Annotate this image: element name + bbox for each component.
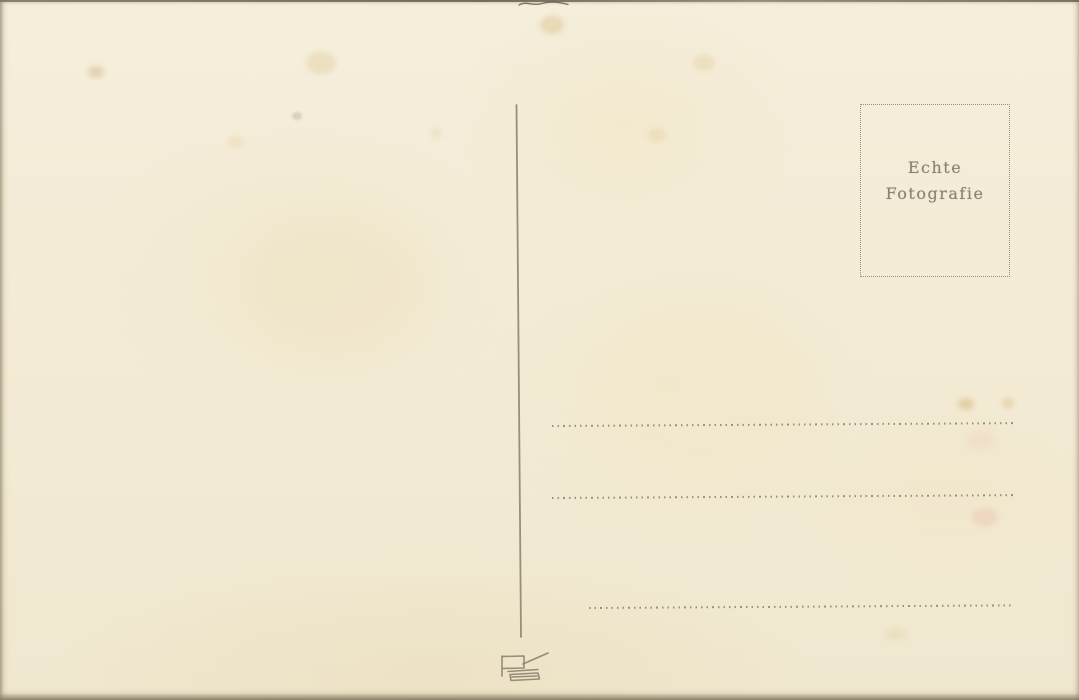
address-line-3 xyxy=(589,604,1013,609)
foxing-spot xyxy=(292,112,302,120)
stamp-box-line1: Echte xyxy=(861,155,1009,181)
foxing-spot xyxy=(958,398,974,410)
foxing-spot xyxy=(430,128,442,138)
foxing-spot xyxy=(966,430,996,450)
foxing-spot xyxy=(540,16,564,34)
foxing-spot xyxy=(693,55,715,71)
paper-stain xyxy=(600,300,820,480)
stamp-box: Echte Fotografie xyxy=(860,104,1010,277)
top-edge-shadow xyxy=(0,0,1079,2)
stamp-box-text: Echte Fotografie xyxy=(861,155,1009,207)
stamp-box-line2: Fotografie xyxy=(861,181,1009,207)
postcard-back: Echte Fotografie xyxy=(0,0,1079,700)
foxing-spot xyxy=(88,66,104,78)
bottom-edge-shadow xyxy=(0,694,1079,700)
left-edge-shadow xyxy=(0,0,4,700)
foxing-spot xyxy=(228,136,244,148)
publisher-monogram-icon xyxy=(492,647,552,685)
paper-stain xyxy=(248,216,428,356)
address-line-2 xyxy=(552,494,1014,499)
foxing-spot xyxy=(972,508,998,526)
foxing-spot xyxy=(306,52,336,74)
foxing-spot xyxy=(1002,398,1014,408)
foxing-spot xyxy=(886,628,906,640)
foxing-spot xyxy=(648,128,666,142)
